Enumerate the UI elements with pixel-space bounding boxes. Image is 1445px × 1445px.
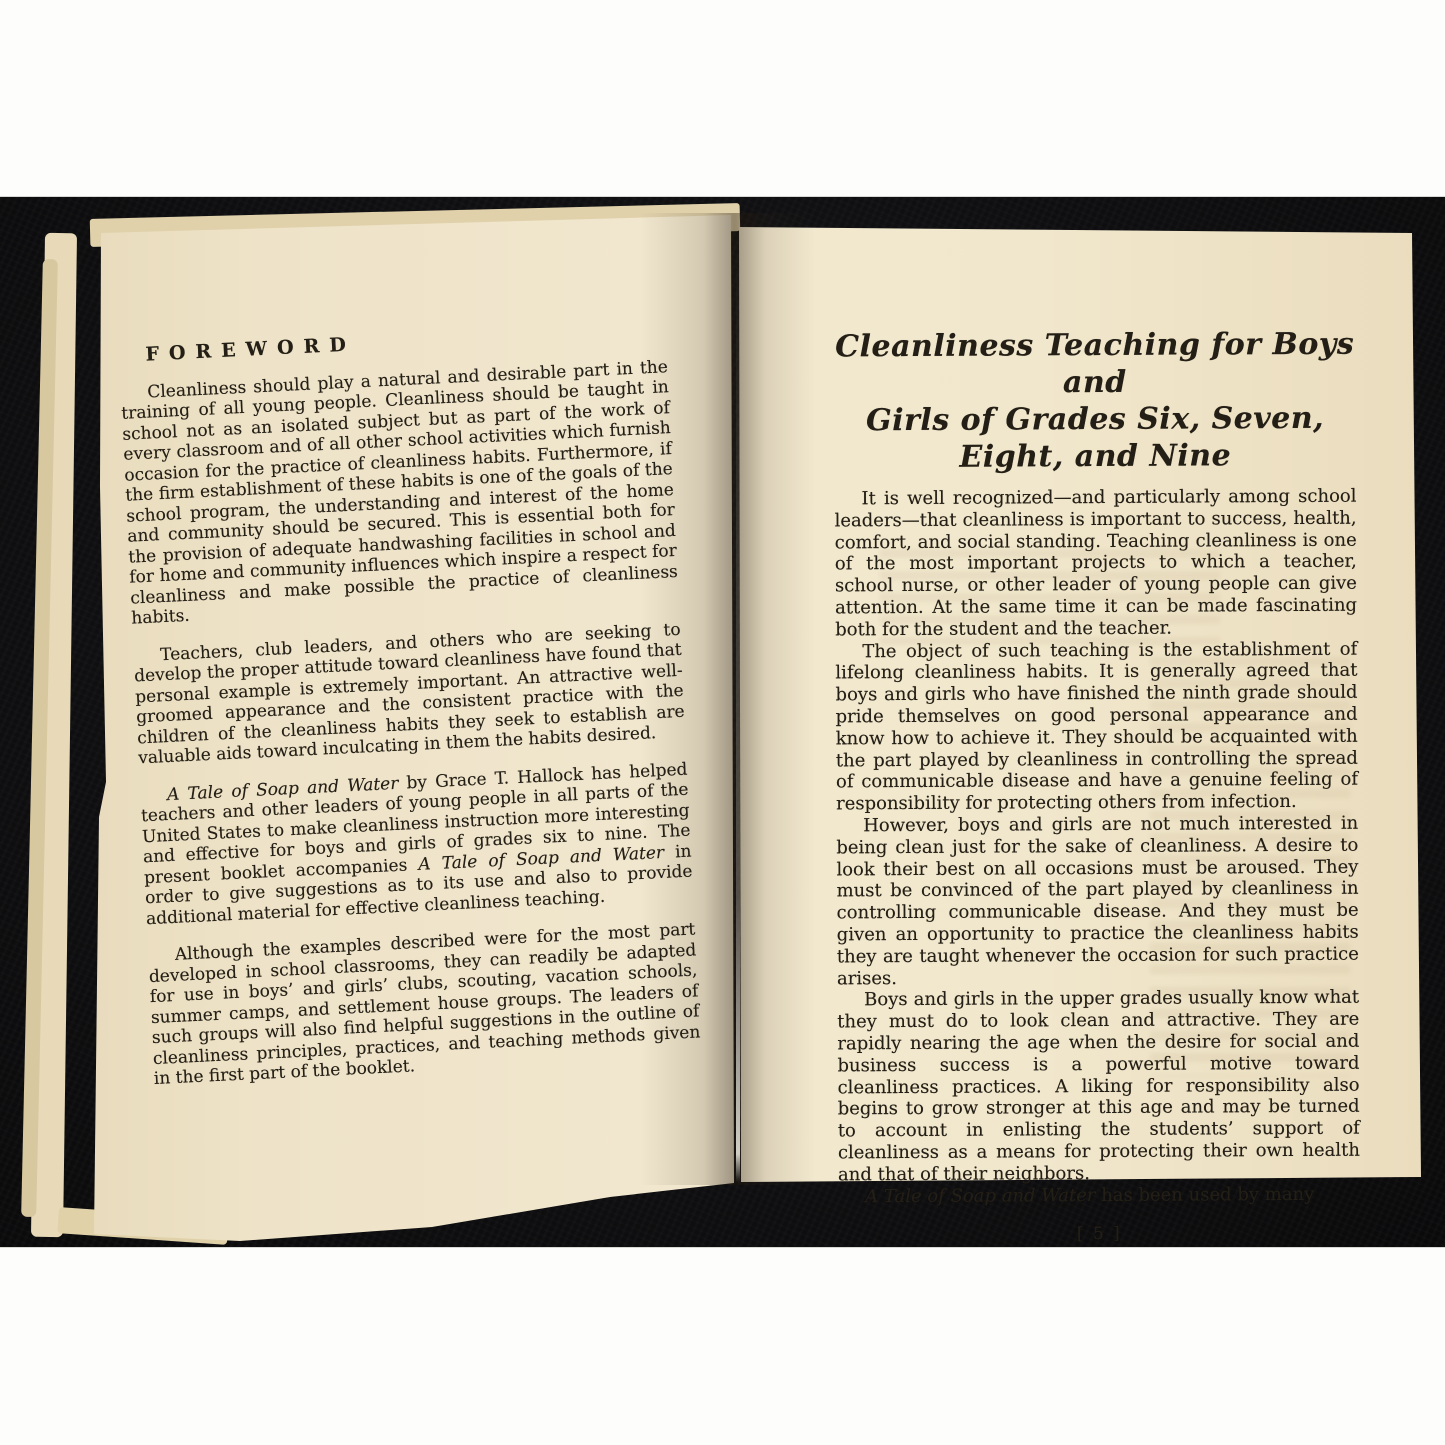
photo-backdrop: FOREWORD Cleanliness should play a natur…: [0, 196, 1445, 1248]
chapter-title-line: Cleanliness Teaching for Boys and: [834, 326, 1356, 403]
paragraph: Although the examples described were for…: [147, 919, 701, 1089]
paragraph: A Tale of Soap and Water has been used b…: [838, 1183, 1360, 1208]
paragraph: Cleanliness should play a natural and de…: [120, 357, 679, 629]
paragraph: The object of such teaching is the estab…: [835, 638, 1358, 815]
left-page-text: FOREWORD Cleanliness should play a natur…: [118, 319, 703, 1106]
paragraph: Teachers, club leaders, and others who a…: [133, 619, 686, 769]
paragraph: A Tale of Soap and Water by Grace T. Hal…: [140, 759, 694, 929]
chapter-paragraphs: It is well recognized—and particularly a…: [834, 486, 1360, 1208]
page-number: [ 5 ]: [838, 1223, 1360, 1248]
right-page-text: Cleanliness Teaching for Boys and Girls …: [834, 326, 1361, 1248]
paragraph: Boys and girls in the upper grades usual…: [837, 987, 1360, 1186]
paragraph: However, boys and girls are not much int…: [836, 813, 1359, 990]
paragraph: It is well recognized—and particularly a…: [834, 486, 1357, 641]
chapter-title-line: Eight, and Nine: [834, 437, 1356, 477]
foreword-paragraphs: Cleanliness should play a natural and de…: [120, 357, 702, 1090]
screenshot-canvas: FOREWORD Cleanliness should play a natur…: [0, 0, 1445, 1445]
chapter-title: Cleanliness Teaching for Boys and Girls …: [834, 326, 1357, 477]
chapter-title-line: Girls of Grades Six, Seven,: [834, 400, 1356, 440]
